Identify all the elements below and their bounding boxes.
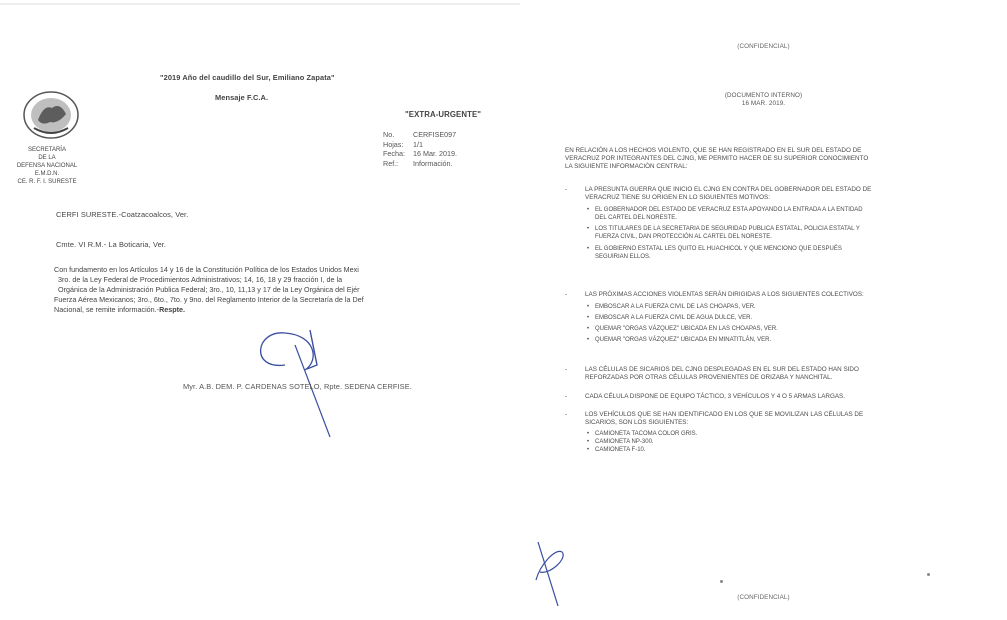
dash-marker: -	[565, 366, 567, 374]
body-line: Fuerza Aérea Mexicanos; 3ro., 6to., 7to.…	[54, 295, 504, 305]
list-item: LOS TITULARES DE LA SECRETARIA DE SEGURI…	[587, 225, 995, 241]
confidential-header: (CONFIDENCIAL)	[520, 43, 1007, 50]
dash-marker: -	[565, 186, 567, 194]
scan-speck	[720, 580, 723, 583]
meta-pages: Hojas:1/1	[383, 140, 457, 150]
agency-line: DEFENSA NACIONAL	[4, 162, 90, 170]
agency-block: SECRETARÍA DE LA DEFENSA NACIONAL E.M.D.…	[4, 146, 90, 186]
dash-marker: -	[565, 393, 567, 401]
message-type: Mensaje F.C.A.	[215, 93, 268, 102]
list-item: EMBOSCAR A LA FUERZA CIVIL DE AGUA DULCE…	[587, 314, 995, 322]
section-motives: - LA PRESUNTA GUERRA QUE INICIO EL CJNG …	[565, 186, 995, 261]
section-reinforcements: - LAS CÉLULAS DE SICARIOS DEL CJNG DESPL…	[565, 366, 995, 382]
intro-line: EN RELACIÓN A LOS HECHOS VIOLENTO, QUE S…	[565, 147, 995, 155]
intro-line: LA SIGUIENTE INFORMACIÓN CENTRAL:	[565, 163, 995, 171]
meta-date: Fecha:16 Mar. 2019.	[383, 149, 457, 159]
closing-respte: Respte.	[159, 305, 185, 314]
right-document-page: (CONFIDENCIAL) (DOCUMENTO INTERNO) 16 MA…	[520, 0, 1007, 620]
intro-line: VERACRUZ POR INTEGRANTES DEL CJNG, ME PE…	[565, 155, 995, 163]
priority-label: "EXTRA-URGENTE"	[405, 110, 481, 119]
list-item: EL GOBIERNO ESTATAL LES QUITO EL HUACHIC…	[587, 245, 995, 261]
body-line: Con fundamento en los Artículos 14 y 16 …	[54, 265, 504, 275]
scan-speck	[927, 573, 930, 576]
signatory-line: Myr. A.B. DEM. P. CARDENAS SOTELO, Rpte.…	[183, 382, 412, 391]
list-item: CAMIONETA F-10.	[587, 446, 995, 454]
body-line: 3ro. de la Ley Federal de Procedimientos…	[54, 275, 504, 285]
section-vehicles: - LOS VEHÍCULOS QUE SE HAN IDENTIFICADO …	[565, 411, 995, 454]
list-item: QUEMAR "ORGAS VÁZQUEZ" UBICADA EN MINATI…	[587, 336, 995, 344]
section-next-actions: - LAS PRÓXIMAS ACCIONES VIOLENTAS SERÁN …	[565, 291, 995, 344]
dash-marker: -	[565, 291, 567, 299]
year-motto: "2019 Año del caudillo del Sur, Emiliano…	[160, 73, 335, 82]
document-type: (DOCUMENTO INTERNO)	[520, 92, 1007, 99]
national-seal-icon	[22, 90, 80, 140]
list-item: EMBOSCAR A LA FUERZA CIVIL DE LAS CHOAPA…	[587, 303, 995, 311]
left-document-page: SECRETARÍA DE LA DEFENSA NACIONAL E.M.D.…	[0, 0, 520, 620]
scan-edge-line	[0, 3, 520, 5]
meta-reference: Ref.:Información.	[383, 159, 457, 169]
recipient-primary: CERFI SURESTE.-Coatzacoalcos, Ver.	[56, 210, 188, 219]
dash-marker: -	[565, 411, 567, 419]
agency-line: E.M.D.N.	[4, 170, 90, 178]
confidential-footer: (CONFIDENCIAL)	[520, 594, 1007, 601]
list-item: EL GOBERNADOR DEL ESTADO DE VERACRUZ EST…	[587, 206, 995, 222]
agency-line: SECRETARÍA	[4, 146, 90, 154]
meta-number: No.CERFISE097	[383, 130, 457, 140]
document-date: 16 MAR. 2019.	[520, 100, 1007, 107]
section-equipment: - CADA CÉLULA DISPONE DE EQUIPO TÁCTICO,…	[565, 393, 995, 401]
list-item: CAMIONETA TACOMA COLOR GRIS.	[587, 430, 995, 438]
body-line: Nacional, se remite información.-Respte.	[54, 305, 504, 315]
recipient-secondary: Cmte. VI R.M.- La Boticaria, Ver.	[56, 240, 166, 249]
agency-line: DE LA	[4, 154, 90, 162]
list-item: CAMIONETA NP-300.	[587, 438, 995, 446]
body-line: Orgánica de la Administración Publica Fe…	[54, 285, 504, 295]
agency-line: CE. R. F. I. SURESTE	[4, 178, 90, 186]
intro-paragraph: EN RELACIÓN A LOS HECHOS VIOLENTO, QUE S…	[565, 147, 995, 171]
list-item: QUEMAR "ORGAS VÁZQUEZ" UBICADA EN LAS CH…	[587, 325, 995, 333]
message-meta: No.CERFISE097 Hojas:1/1 Fecha:16 Mar. 20…	[383, 130, 457, 168]
body-paragraph: Con fundamento en los Artículos 14 y 16 …	[54, 265, 504, 315]
